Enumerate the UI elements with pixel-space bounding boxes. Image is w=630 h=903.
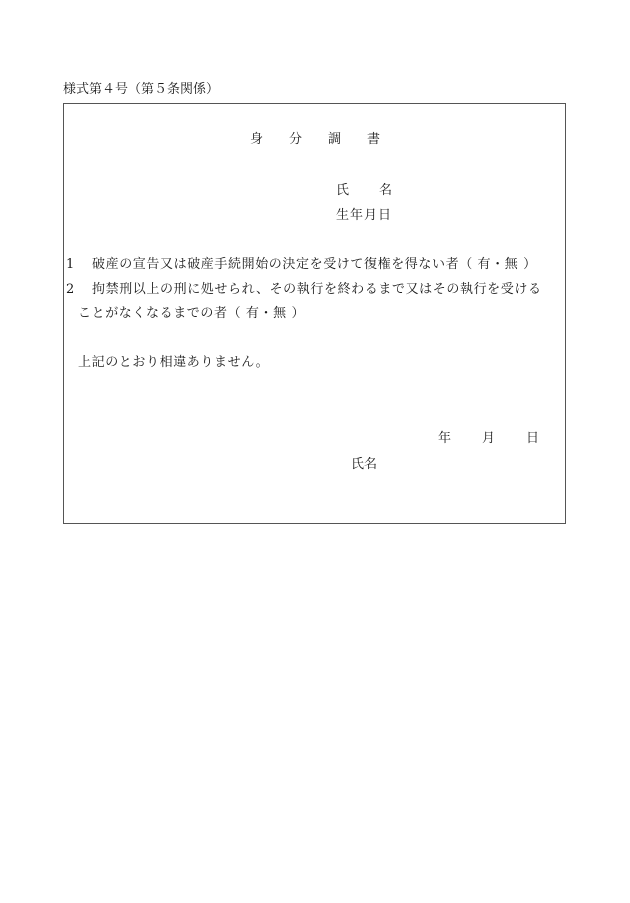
document-title: 身分調書 xyxy=(0,132,630,148)
title-char: 身 xyxy=(250,132,263,148)
date-day-label: 日 xyxy=(526,431,539,447)
name-label-part2: 名 xyxy=(379,183,392,199)
form-number-label: 様式第４号（第５条関係） xyxy=(63,82,219,98)
item-2-number: 2 xyxy=(66,282,75,298)
date-month-label: 月 xyxy=(482,431,495,447)
item-2-text-line2: ことがなくなるまでの者（ 有・無 ） xyxy=(78,306,305,322)
title-char: 書 xyxy=(367,132,380,148)
title-char: 分 xyxy=(289,132,302,148)
item-2-text-line1: 拘禁刑以上の刑に処せられ、その執行を終わるまで又はその執行を受ける xyxy=(92,282,542,298)
birthdate-label: 生年月日 xyxy=(336,208,392,224)
name-label-part1: 氏 xyxy=(336,183,349,199)
item-1-number: 1 xyxy=(66,257,75,273)
signature-name-label: 氏名 xyxy=(351,457,377,473)
title-char: 調 xyxy=(328,132,341,148)
item-1-text: 破産の宣告又は破産手続開始の決定を受けて復権を得ない者（ 有・無 ） xyxy=(92,257,537,273)
declaration-text: 上記のとおり相違ありません。 xyxy=(78,355,269,371)
date-year-label: 年 xyxy=(438,431,451,447)
